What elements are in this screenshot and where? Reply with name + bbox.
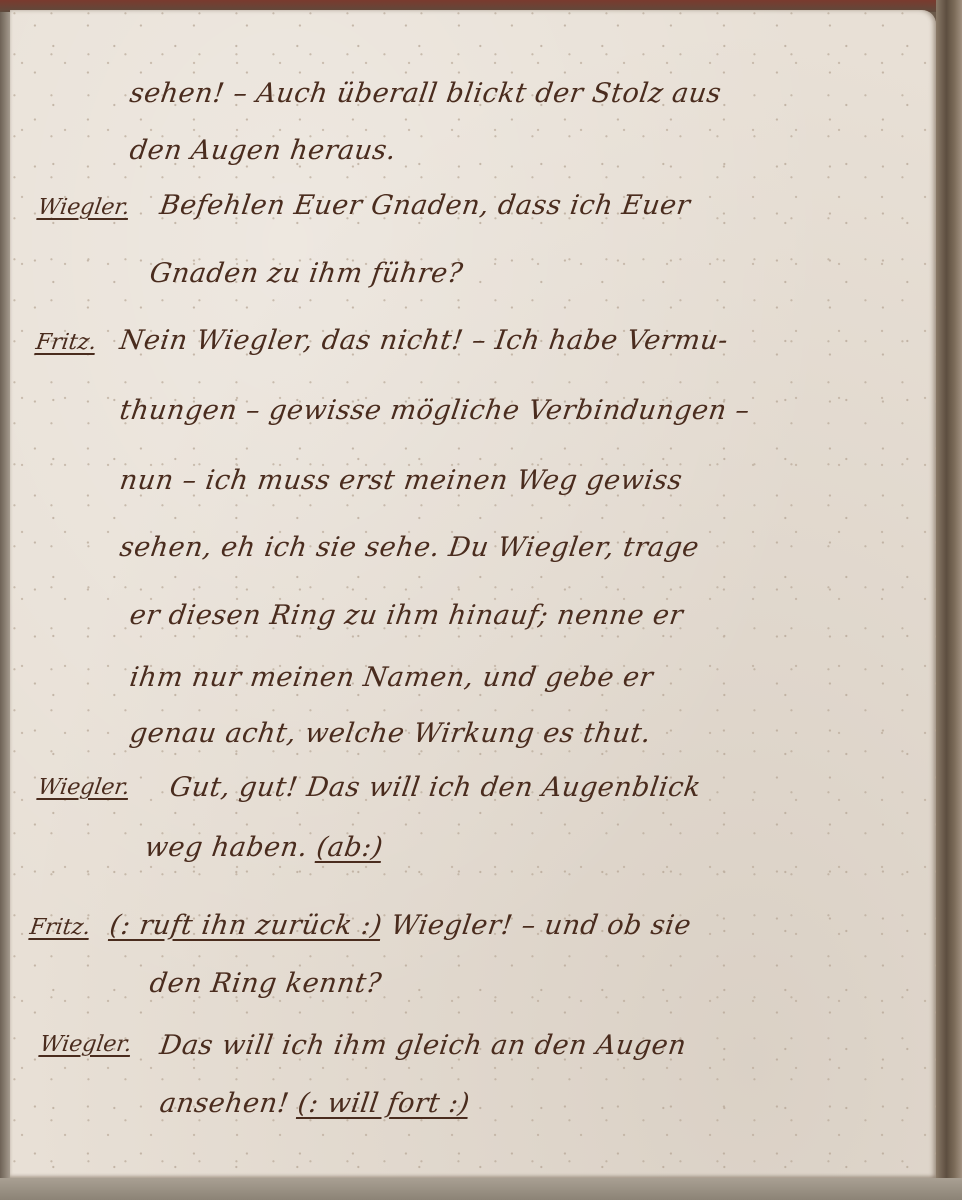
text-line-13-main: weg haben.: [143, 832, 310, 863]
speaker-label: Wiegler.: [36, 775, 131, 800]
speaker-label: Fritz.: [28, 915, 92, 940]
text-line-12: Gut, gut! Das will ich den Augenblick: [168, 772, 703, 803]
manuscript-page: sehen! – Auch überall blickt der Stolz a…: [10, 10, 936, 1178]
speaker-label: Wiegler.: [36, 195, 131, 220]
text-line-3: Befehlen Euer Gnaden, dass ich Euer: [158, 190, 692, 221]
text-line-6: thungen – gewisse mögliche Verbindungen …: [118, 395, 752, 426]
text-line-11: genau acht, welche Wirkung es thut.: [128, 718, 653, 749]
text-line-1: sehen! – Auch überall blickt der Stolz a…: [128, 78, 724, 109]
text-line-5: Nein Wiegler, das nicht! – Ich habe Verm…: [118, 325, 730, 356]
text-line-9: er diesen Ring zu ihm hinauf; nenne er: [128, 600, 685, 631]
text-line-14-main: Wiegler! – und ob sie: [389, 910, 693, 941]
text-line-7: nun – ich muss erst meinen Weg gewiss: [118, 465, 685, 496]
text-line-17: ansehen! (: will fort :): [158, 1088, 472, 1119]
binding-left-edge: [0, 0, 10, 1200]
text-line-2: den Augen heraus.: [128, 135, 398, 166]
paper-texture: [10, 10, 936, 1178]
text-line-10: ihm nur meinen Namen, und gebe er: [128, 662, 655, 693]
text-line-17-main: ansehen!: [158, 1088, 291, 1119]
stage-direction: (: will fort :): [296, 1088, 472, 1119]
text-line-16: Das will ich ihm gleich an den Augen: [158, 1030, 689, 1061]
stage-direction: (: ruft ihn zurück :): [108, 910, 384, 941]
book-cover-right-edge: [936, 0, 962, 1200]
stage-direction: (ab:): [315, 832, 385, 863]
page-bottom-edge: [0, 1178, 962, 1200]
text-line-15: den Ring kennt?: [148, 968, 384, 999]
speaker-label: Fritz.: [34, 330, 98, 355]
speaker-label: Wiegler.: [38, 1032, 133, 1057]
text-line-13: weg haben. (ab:): [143, 832, 385, 863]
text-line-14: (: ruft ihn zurück :) Wiegler! – und ob …: [108, 910, 693, 941]
text-line-8: sehen, eh ich sie sehe. Du Wiegler, trag…: [118, 532, 701, 563]
text-line-4: Gnaden zu ihm führe?: [148, 258, 465, 289]
